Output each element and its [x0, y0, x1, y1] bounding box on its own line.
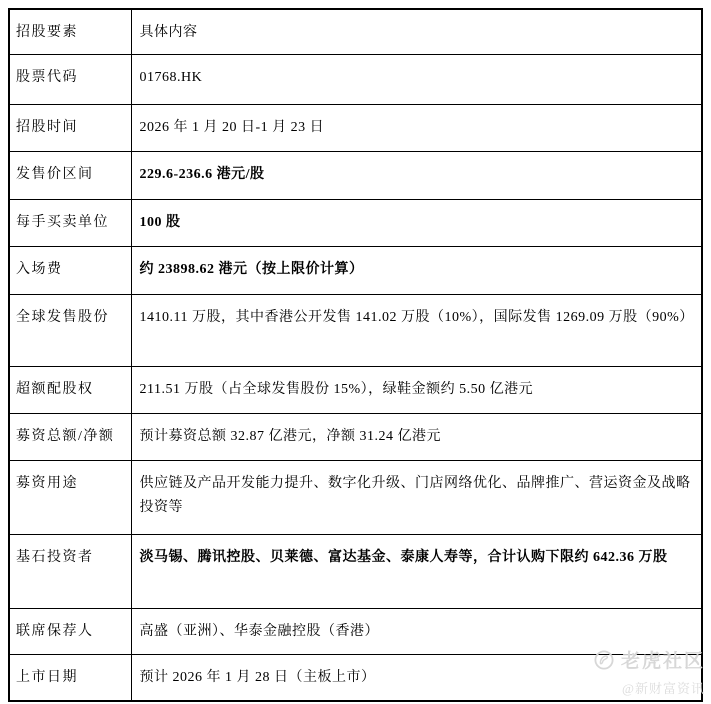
table-row: 联席保荐人高盛（亚洲）、华泰金融控股（香港） — [9, 608, 702, 654]
table-row: 招股时间2026 年 1 月 20 日-1 月 23 日 — [9, 104, 702, 151]
row-value: 约 23898.62 港元（按上限价计算） — [131, 246, 702, 294]
table-row: 发售价区间229.6-236.6 港元/股 — [9, 151, 702, 199]
row-value: 229.6-236.6 港元/股 — [131, 151, 702, 199]
row-value: 211.51 万股（占全球发售股份 15%），绿鞋金额约 5.50 亿港元 — [131, 366, 702, 413]
row-value: 2026 年 1 月 20 日-1 月 23 日 — [131, 104, 702, 151]
row-value: 01768.HK — [131, 54, 702, 104]
row-value: 高盛（亚洲）、华泰金融控股（香港） — [131, 608, 702, 654]
row-label: 入场费 — [9, 246, 131, 294]
row-label: 上市日期 — [9, 654, 131, 701]
ipo-summary-table: 招股要素 具体内容 股票代码01768.HK招股时间2026 年 1 月 20 … — [8, 8, 703, 702]
row-value: 预计募资总额 32.87 亿港元，净额 31.24 亿港元 — [131, 413, 702, 460]
row-label: 招股时间 — [9, 104, 131, 151]
row-label: 超额配股权 — [9, 366, 131, 413]
header-label-cell: 招股要素 — [9, 9, 131, 54]
row-value: 100 股 — [131, 199, 702, 246]
header-row: 招股要素 具体内容 — [9, 9, 702, 54]
row-label: 募资用途 — [9, 460, 131, 534]
row-label: 联席保荐人 — [9, 608, 131, 654]
table-row: 上市日期预计 2026 年 1 月 28 日（主板上市） — [9, 654, 702, 701]
row-label: 基石投资者 — [9, 534, 131, 608]
table-row: 基石投资者淡马锡、腾讯控股、贝莱德、富达基金、泰康人寿等，合计认购下限约 642… — [9, 534, 702, 608]
table-row: 超额配股权211.51 万股（占全球发售股份 15%），绿鞋金额约 5.50 亿… — [9, 366, 702, 413]
table-row: 募资总额/净额预计募资总额 32.87 亿港元，净额 31.24 亿港元 — [9, 413, 702, 460]
row-value: 1410.11 万股，其中香港公开发售 141.02 万股（10%），国际发售 … — [131, 294, 702, 366]
table-row: 募资用途供应链及产品开发能力提升、数字化升级、门店网络优化、品牌推广、营运资金及… — [9, 460, 702, 534]
row-value: 淡马锡、腾讯控股、贝莱德、富达基金、泰康人寿等，合计认购下限约 642.36 万… — [131, 534, 702, 608]
row-label: 每手买卖单位 — [9, 199, 131, 246]
row-value: 供应链及产品开发能力提升、数字化升级、门店网络优化、品牌推广、营运资金及战略投资… — [131, 460, 702, 534]
table-row: 每手买卖单位100 股 — [9, 199, 702, 246]
row-label: 全球发售股份 — [9, 294, 131, 366]
row-label: 募资总额/净额 — [9, 413, 131, 460]
table-row: 股票代码01768.HK — [9, 54, 702, 104]
table-row: 入场费约 23898.62 港元（按上限价计算） — [9, 246, 702, 294]
row-value: 预计 2026 年 1 月 28 日（主板上市） — [131, 654, 702, 701]
row-label: 发售价区间 — [9, 151, 131, 199]
header-value-cell: 具体内容 — [131, 9, 702, 54]
table-row: 全球发售股份1410.11 万股，其中香港公开发售 141.02 万股（10%）… — [9, 294, 702, 366]
row-label: 股票代码 — [9, 54, 131, 104]
